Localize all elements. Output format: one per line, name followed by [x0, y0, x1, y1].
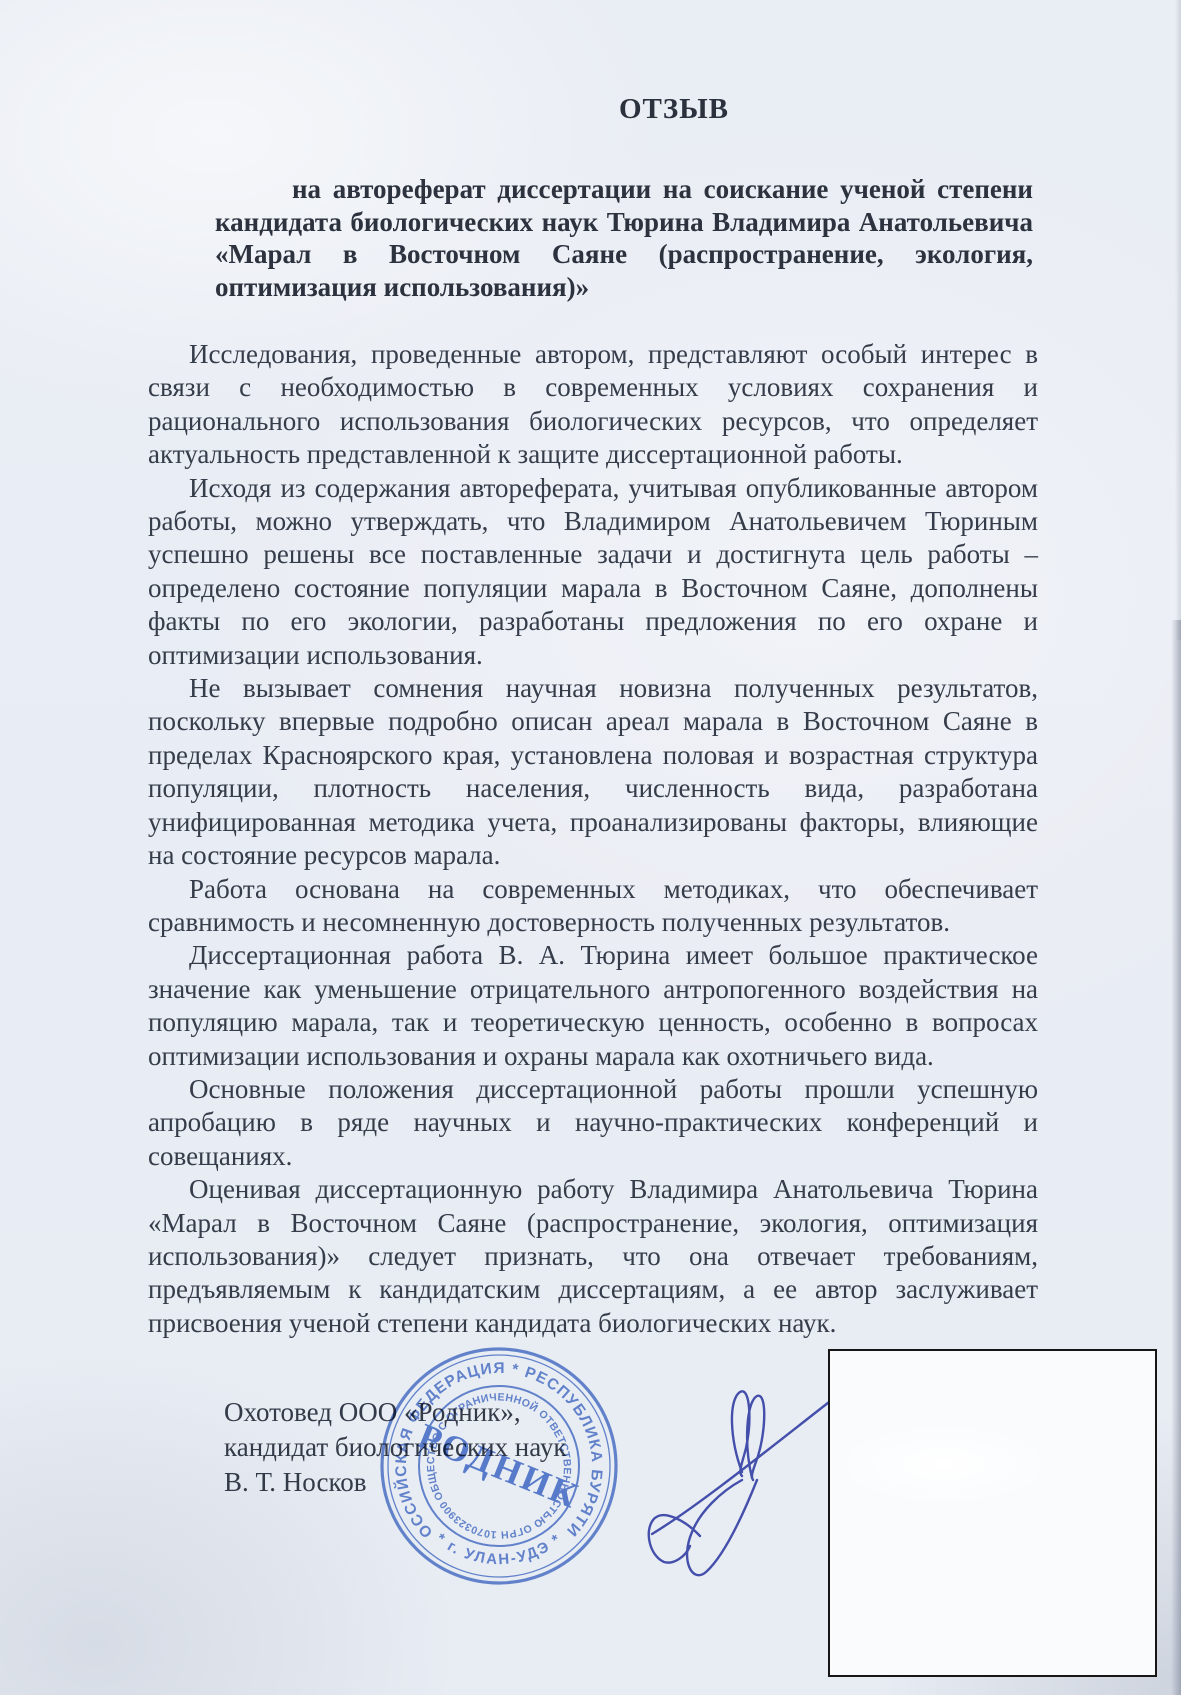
signature-curl	[649, 1515, 700, 1562]
document-body: Исследования, проведенные автором, предс…	[148, 338, 1038, 1340]
page-title: ОТЗЫВ	[619, 93, 729, 126]
signature-descender	[687, 1480, 757, 1575]
scan-edge-shadow-top	[1175, 0, 1181, 640]
paragraph: Оценивая диссертационную работу Владимир…	[148, 1173, 1038, 1340]
paragraph: Исследования, проведенные автором, предс…	[148, 338, 1038, 472]
paragraph: Работа основана на современных методиках…	[148, 873, 1038, 940]
scanned-document-page: ОТЗЫВ на автореферат диссертации на соис…	[0, 0, 1181, 1695]
scan-edge-shadow	[1171, 620, 1181, 1695]
paragraph: Исходя из содержания автореферата, учиты…	[148, 472, 1038, 672]
paragraph: Не вызывает сомнения научная новизна пол…	[148, 672, 1038, 872]
rodnik-round-stamp: РОССИЙСКАЯ ФЕДЕРАЦИЯ * РЕСПУБЛИКА БУРЯТИ…	[374, 1341, 624, 1591]
handwritten-signature	[610, 1375, 850, 1590]
paragraph: Основные положения диссертационной работ…	[148, 1073, 1038, 1173]
paragraph: Диссертационная работа В. А. Тюрина имее…	[148, 939, 1038, 1073]
document-subtitle: на автореферат диссертации на соискание …	[215, 173, 1033, 303]
redaction-box	[828, 1349, 1157, 1677]
signature-loops	[747, 1396, 764, 1480]
